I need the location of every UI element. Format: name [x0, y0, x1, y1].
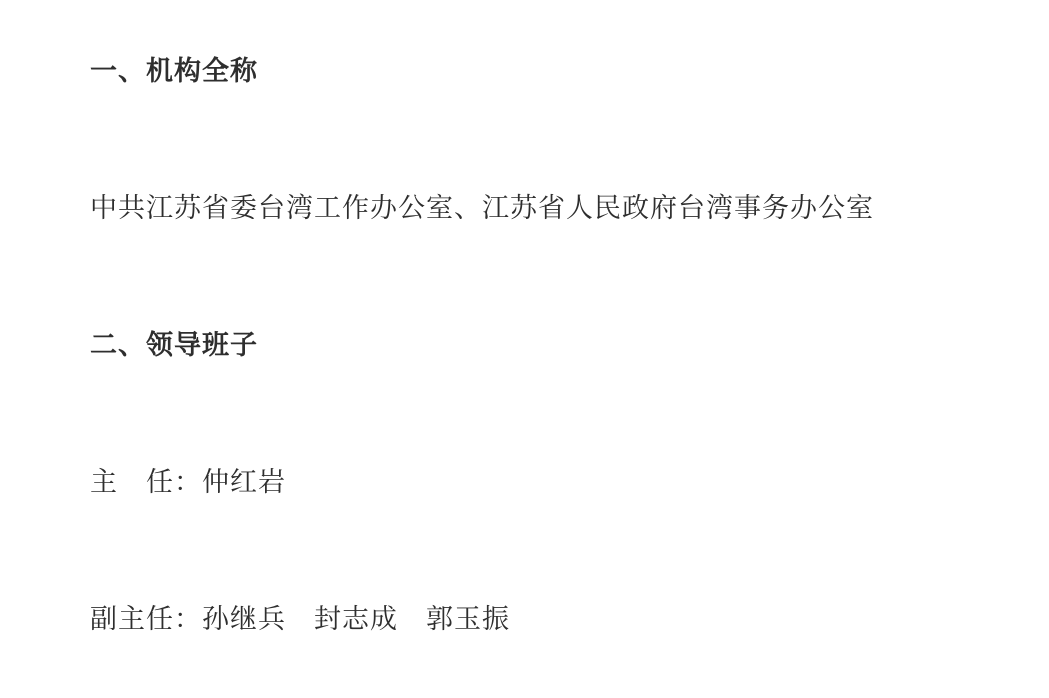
section-heading-organization-name: 一、机构全称 — [90, 48, 959, 95]
page: { "page": { "background_color": "#ffffff… — [0, 0, 1049, 698]
director-line: 主 任：仲红岩 — [90, 459, 959, 506]
deputy-directors-line: 副主任：孙继兵 封志成 郭玉振 — [90, 596, 959, 643]
section-heading-leadership-team: 二、领导班子 — [90, 322, 959, 369]
organization-full-name-text: 中共江苏省委台湾工作办公室、江苏省人民政府台湾事务办公室 — [90, 185, 959, 232]
document-body: 一、机构全称 中共江苏省委台湾工作办公室、江苏省人民政府台湾事务办公室 二、领导… — [0, 0, 1049, 698]
